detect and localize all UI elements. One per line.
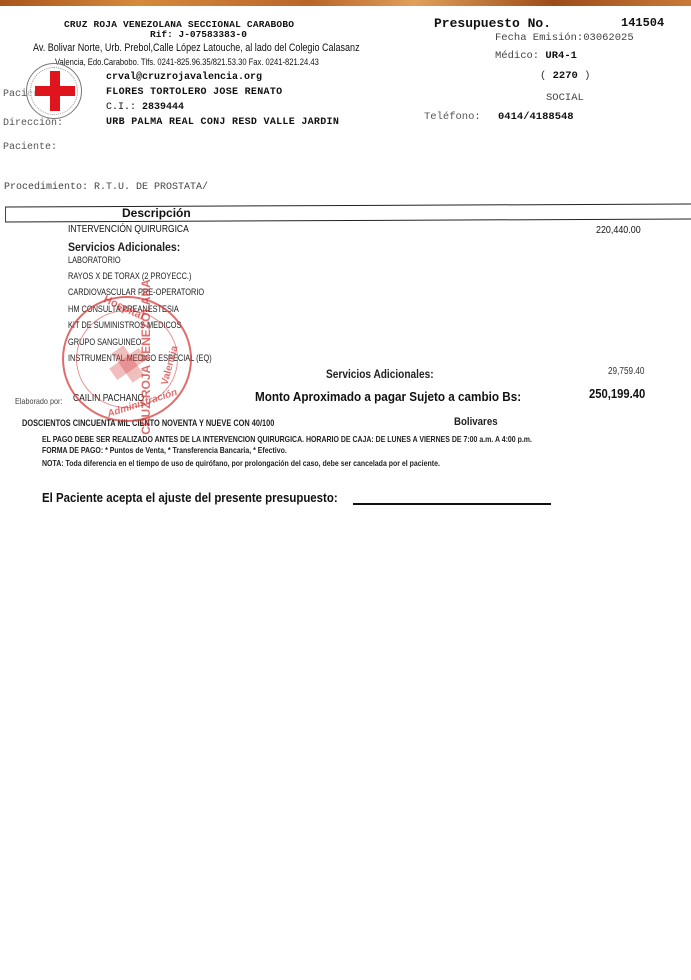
category: SOCIAL xyxy=(546,92,584,104)
additional-services-total: 29,759.40 xyxy=(608,366,644,377)
stamp-cross-icon xyxy=(112,345,144,383)
additional-services-title: Servicios Adicionales: xyxy=(68,240,180,254)
currency: Bolivares xyxy=(454,416,498,428)
acceptance-label: El Paciente acepta el ajuste del present… xyxy=(42,490,338,505)
service-item: LABORATORIO xyxy=(68,255,121,265)
procedure-label: Procedimiento: xyxy=(4,182,88,193)
budget-code: ( 2270 ) xyxy=(540,70,590,82)
service-item: GRUPO SANGUINEO xyxy=(68,337,141,347)
total-amount: 250,199.40 xyxy=(589,387,645,401)
issue-date-value: 03062025 xyxy=(583,32,633,44)
issue-date-label: Fecha Emisión: xyxy=(495,32,583,44)
phone-label: Teléfono: xyxy=(424,111,481,123)
budget-number: 141504 xyxy=(621,16,664,30)
main-item-label: INTERVENCIÓN QUIRURGICA xyxy=(68,224,189,235)
doctor-label: Médico: xyxy=(495,50,539,62)
patient-name: FLORES TORTOLERO JOSE RENATO xyxy=(106,87,282,98)
payment-methods-note: FORMA DE PAGO: * Puntos de Venta, * Tran… xyxy=(42,445,287,455)
patient-id-value: 2839444 xyxy=(142,102,184,113)
additional-services-total-label: Servicios Adicionales: xyxy=(326,369,434,381)
code-close-paren: ) xyxy=(584,70,590,82)
description-header: Descripción xyxy=(122,206,191,220)
procedure: Procedimiento: R.T.U. DE PROSTATA/ xyxy=(4,182,208,193)
doctor-value: UR4-1 xyxy=(545,50,577,62)
service-item: RAYOS X DE TORAX (2 PROYECC.) xyxy=(68,271,191,281)
doctor: Médico: UR4-1 xyxy=(495,50,577,62)
prepared-by-label: Elaborado por: xyxy=(15,396,62,406)
service-item: INSTRUMENTAL MEDICO ESPECIAL (EQ) xyxy=(68,353,212,363)
code-value: 2270 xyxy=(553,70,578,82)
stamp-text-city: Valencia xyxy=(160,345,181,387)
procedure-value: R.T.U. DE PROSTATA/ xyxy=(94,182,208,193)
total-amount-label: Monto Aproximado a pagar Sujeto a cambio… xyxy=(255,389,521,404)
budget-title: Presupuesto No. xyxy=(434,16,551,31)
red-cross-logo-icon xyxy=(26,63,82,119)
phone-value: 0414/4188548 xyxy=(498,111,574,123)
amount-in-words: DOSCIENTOS CINCUENTA MIL CIENTO NOVENTA … xyxy=(22,418,274,428)
patient-id-label: C.I.: xyxy=(106,102,136,113)
main-item-amount: 220,440.00 xyxy=(596,224,641,236)
patient-label-secondary: Paciente: xyxy=(3,142,57,153)
organization-rif: Rif: J-07583383-0 xyxy=(150,29,247,40)
service-item: KIT DE SUMINISTROS MEDICOS xyxy=(68,320,181,330)
page-top-edge xyxy=(0,0,691,6)
operating-room-note: NOTA: Toda diferencia en el tiempo de us… xyxy=(42,458,440,468)
organization-address-line1: Av. Bolivar Norte, Urb. Prebol,Calle Lóp… xyxy=(33,42,360,54)
code-open-paren: ( xyxy=(540,70,546,82)
prepared-by: CAILIN PACHANO xyxy=(73,393,144,404)
description-header-box xyxy=(5,203,691,222)
payment-note: EL PAGO DEBE SER REALIZADO ANTES DE LA I… xyxy=(42,434,532,444)
service-item: HM CONSULTA PREANESTESIA xyxy=(68,304,179,314)
organization-email: crval@cruzrojavalencia.org xyxy=(106,72,262,83)
service-item: CARDIOVASCULAR PRE-OPERATORIO xyxy=(68,287,204,297)
organization-address-line2: Valencia, Edo.Carabobo. Tlfs. 0241-825.9… xyxy=(55,57,319,68)
signature-line xyxy=(353,503,551,505)
patient-id: C.I.: 2839444 xyxy=(106,102,184,113)
issue-date: Fecha Emisión:03062025 xyxy=(495,32,634,44)
patient-address: URB PALMA REAL CONJ RESD VALLE JARDIN xyxy=(106,117,339,128)
address-label: Dirección: xyxy=(3,118,63,129)
